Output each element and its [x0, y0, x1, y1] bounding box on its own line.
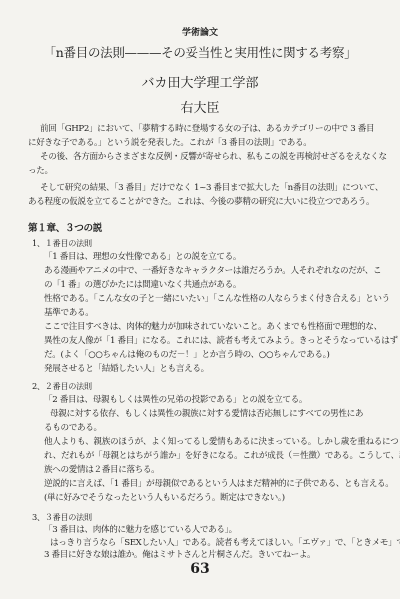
section-line: 発展させると「結婚したい人」とも言える。 — [44, 363, 209, 375]
intro-line: そして研究の結果、「3 番目」だけでなく 1~3 番目まで拡大した「n番目の法則… — [40, 182, 383, 194]
section-line: 基準である。 — [44, 307, 93, 319]
intro-line: った。 — [28, 165, 53, 177]
section-line: ある漫画やアニメの中で、一番好きなキャラクターは誰だろうか。人それぞれなのだが、… — [44, 265, 381, 277]
section-heading: 2、２番目の法則 — [32, 380, 92, 392]
section-line: の「1 番」の選びかたには間違いなく共通点がある。 — [44, 279, 241, 291]
intro-line: に好きな子である。」という説を発表した。これが「3 番目の法則」である。 — [28, 137, 312, 149]
author-affiliation: バカ田大学理工学部 — [0, 72, 400, 91]
document-page: 学術論文 「n番目の法則———その妥当性と実用性に関する考察」 バカ田大学理工学… — [0, 0, 400, 599]
intro-line: 前回「GHP2」において、「夢精する時に登場する女の子は、あるカテゴリーの中で … — [40, 123, 374, 135]
paper-title: 「n番目の法則———その妥当性と実用性に関する考察」 — [0, 43, 400, 61]
section-line: 異性の友人像が「1 番目」になる。これには、読者も考えてみよう。きっとそうなって… — [44, 335, 398, 347]
section-line: 母親に対する依存、もしくは異性の親族に対する愛情は否応無しにすべての男性にあ — [50, 408, 363, 420]
intro-line: その後、各方面からさまざまな反例・反響が寄せられ、私もこの説を再検討せざるをえな… — [40, 151, 387, 163]
section-heading: 1、１番目の法則 — [32, 237, 92, 249]
section-line: 族への愛情は２番目に落ちる。 — [44, 464, 159, 476]
section-line: はっきり言うなら「SEXしたい人」である。読者も考えてほしい。「エヴァ」で、「と… — [50, 537, 400, 549]
section-line: だ。(よく「○○ちゃんは俺のものだ－！」とか言う時の、○○ちゃんである。) — [44, 349, 330, 361]
intro-line: ある程度の仮説を立てることができた。これは、今後の夢精の研究に大いに役立つであろ… — [28, 196, 374, 208]
section-line: 性格である。「こんな女の子と一緒にいたい」「こんな性格の人ならうまく付き合える」… — [44, 293, 390, 305]
section-line: 他人よりも、親族のほうが、よく知ってるし愛情もあるに決まっている。しかし歳を重ね… — [44, 436, 398, 448]
section-heading: 3、３番目の法則 — [32, 511, 92, 523]
author-name: 右大臣 — [0, 97, 400, 116]
section-line: 「2 番目は、母親もしくは異性の兄弟の投影である」との説を立てる。 — [44, 394, 307, 406]
section-line: 「1 番目は、理想の女性像である」との説を立てる。 — [44, 251, 241, 263]
chapter-heading: 第１章、３つの説 — [28, 223, 102, 235]
section-line: 「3 番目は、肉体的に魅力を感じている人である」。 — [44, 524, 237, 536]
section-line: れ、だれもが「母親とはちがう誰か」を好きになる。これが成長（＝性徴）である。こう… — [44, 450, 400, 462]
section-line: (単に好みでそうなったという人もいるだろう。断定はできない。) — [44, 492, 285, 504]
section-line: ここで注目すべきは、肉体的魅力が加味されていないこと。あくまでも性格面で理想的な… — [44, 321, 382, 333]
section-line: るものである。 — [44, 422, 102, 434]
page-number: 63 — [0, 561, 400, 577]
paper-category: 学術論文 — [0, 25, 400, 38]
section-line: 3 番目に好きな娘は誰か。俺はミサトさんと片桐さんだ。きいてねーよ。 — [44, 549, 315, 561]
section-line: 逆説的に言えば、「1 番目」が母親似であるという人はまだ精神的に子供である、とも… — [44, 478, 393, 490]
